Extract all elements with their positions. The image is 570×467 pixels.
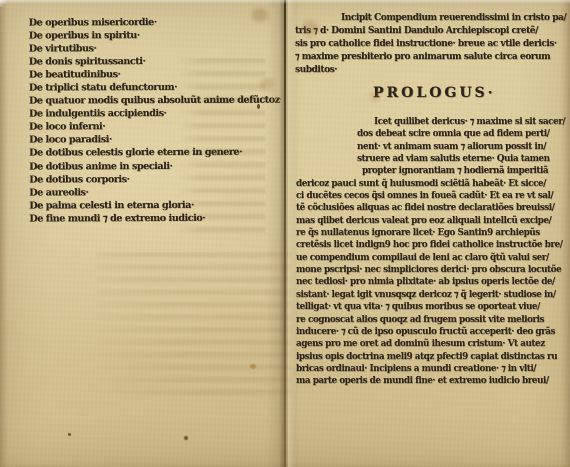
- top-page-edge: [0, 0, 570, 4]
- body-line: dericoz pauci sunt q̃ huiusmodi sciẽtiã …: [296, 178, 568, 190]
- body-line: agens pro me oret ad dominũ ihesum crist…: [296, 338, 568, 350]
- spine-gutter-line: [284, 0, 286, 467]
- top-left-corner-edge: [0, 0, 7, 7]
- incipit-line: ⁊ maxime presbiterio pro animarum salute…: [295, 51, 567, 64]
- contents-line: De dotibus celestis glorie eterne in gen…: [29, 146, 281, 160]
- body-line: ipsius opis doctrina meli9 atqz pfecti9 …: [296, 351, 568, 363]
- contents-line: De dotibus anime in speciali·: [29, 159, 281, 173]
- body-line: ma parte operis de mundi fine· et extrem…: [296, 375, 568, 387]
- contents-line: De triplici statu defunctorum·: [29, 81, 281, 95]
- incipit-line: subditos·: [295, 64, 567, 77]
- body-line: tẽ cõclusiões aliquas ac fidei nostre de…: [296, 202, 568, 214]
- contents-line: De beatitudinibus·: [29, 68, 281, 82]
- bleedthrough-lower: [96, 252, 292, 398]
- body-line: dos debeat scire omnia que ad fidem pert…: [296, 128, 568, 140]
- contents-list: De operibus misericordie·De operibus in …: [29, 16, 282, 226]
- body-line: inducere· ⁊ cũ de ipso opusculo fructũ a…: [296, 326, 568, 338]
- body-line: re q̃s nullatenus ignorare licet· Ego Sa…: [296, 227, 568, 239]
- contents-line: De loco paradisi·: [29, 133, 281, 147]
- contents-line: De palma celesti in eterna gloria·: [29, 198, 281, 212]
- body-line: nec tediosi· pro nimia plixitate· ab ips…: [296, 276, 568, 288]
- body-line: re cognoscat alios quoqz ad frugem possi…: [296, 314, 568, 326]
- left-page: De operibus misericordie·De operibus in …: [0, 0, 284, 467]
- body-line: mas qlibet dericus valeat pro eoz aliqua…: [296, 215, 568, 227]
- body-line: mone pscripsi· nec simpliciores derici· …: [296, 264, 568, 276]
- contents-line: De fine mundi ⁊ de extremo iudicio·: [29, 211, 281, 225]
- incipit-line: Incipit Compendium reuerendissimi in cri…: [295, 12, 567, 25]
- contents-line: De loco inferni·: [29, 120, 281, 134]
- body-line: bricas ordinaui· Incipiens a mundi creat…: [296, 363, 568, 375]
- contents-line: De donis spiritussancti·: [29, 55, 281, 69]
- body-line: ci ducẽtes cecos q̃si omnes in foueã cad…: [296, 190, 568, 202]
- contents-line: De indulgentiis accipiendis·: [29, 107, 281, 121]
- body-line: struere ad viam salutis eterne· Quia tam…: [296, 153, 568, 165]
- incipit-line: tris ⁊ d· Domini Santini Dandulo Archiep…: [295, 25, 567, 38]
- contents-line: De aureolis·: [29, 185, 281, 199]
- body-line: propter ignorantiam ⁊ hodiernã imperitiã: [296, 165, 568, 177]
- incipit-line: sis pro catholice fidei instructione· br…: [295, 38, 567, 51]
- prologus-heading: PROLOGUS·: [373, 85, 496, 101]
- body-line: cretẽsis licet indign9 hoc pro fidei cat…: [296, 239, 568, 251]
- contents-line: De operibus in spiritu·: [29, 29, 281, 43]
- body-line: ue compendium compilaui de leni ac claro…: [296, 252, 568, 264]
- body-line: Icet quilibet dericus· ⁊ maxime si sit s…: [296, 116, 568, 128]
- contents-line: De dotibus corporis·: [29, 172, 281, 186]
- body-line: telligat· vt qua vita· ⁊ quibus moribus …: [296, 301, 568, 313]
- right-page: Incipit Compendium reuerendissimi in cri…: [290, 0, 570, 467]
- body-line: sistant· legat igit vnusqsqz dericoz ⁊ q…: [296, 289, 568, 301]
- contents-line: De virtutibus·: [29, 42, 281, 56]
- contents-line: De quatuor modis quibus absoluũt anime d…: [29, 94, 281, 108]
- book-scan: De operibus misericordie·De operibus in …: [0, 0, 570, 467]
- contents-line: De operibus misericordie·: [29, 16, 281, 30]
- prologue-body-paragraph: Icet quilibet dericus· ⁊ maxime si sit s…: [296, 116, 568, 388]
- body-line: nent· vt animam suam ⁊ aliorum possit in…: [296, 141, 568, 153]
- incipit-paragraph: Incipit Compendium reuerendissimi in cri…: [295, 12, 567, 77]
